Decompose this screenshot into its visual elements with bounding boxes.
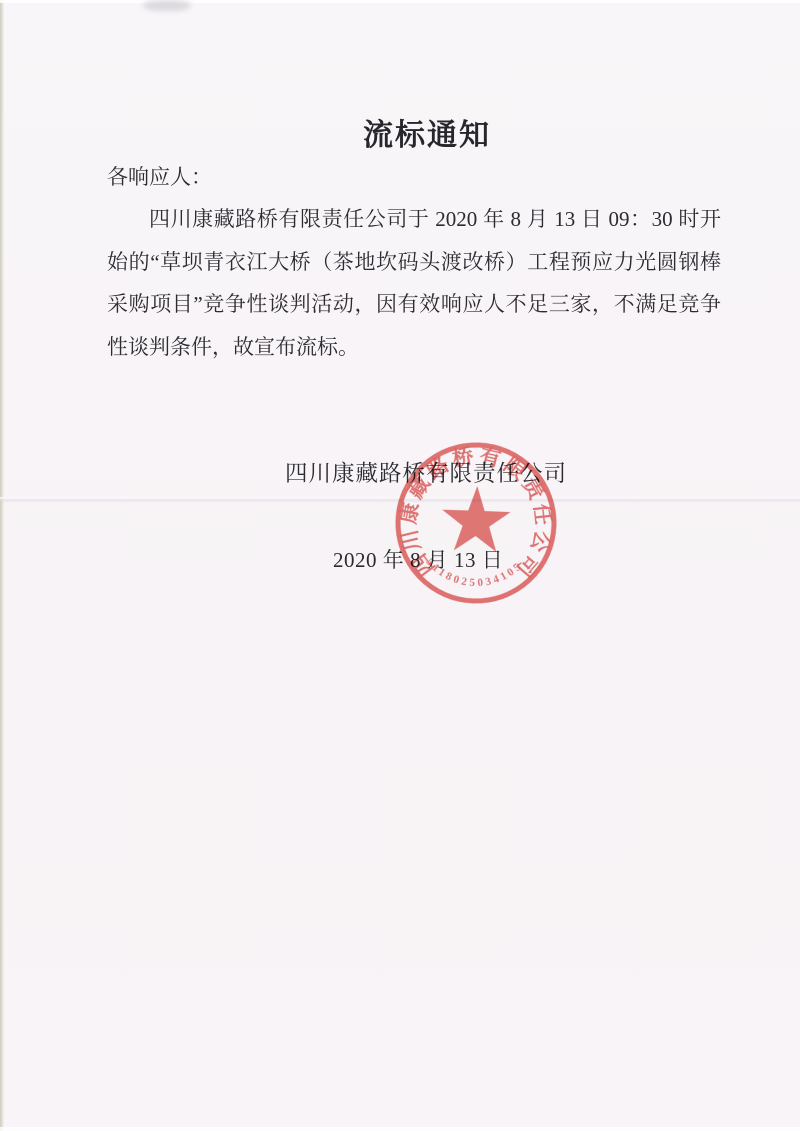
notice-title: 流标通知 — [27, 110, 800, 154]
seal-serial-arc-text: 5118025034105 — [423, 556, 526, 591]
notice-body-block: 各响应人： 四川康藏路桥有限责任公司于 2020 年 8 月 13 日 09：3… — [107, 156, 721, 368]
page-left-edge-shadow — [0, 0, 4, 1131]
notice-paragraph: 四川康藏路桥有限责任公司于 2020 年 8 月 13 日 09：30 时开始的… — [107, 198, 721, 368]
page-top-edge — [0, 0, 800, 3]
salutation: 各响应人： — [107, 156, 721, 198]
page-bottom-edge — [0, 1127, 800, 1131]
company-seal: 四川康藏路桥有限责任公司 5118025034105 — [383, 430, 569, 616]
svg-text:5118025034105: 5118025034105 — [423, 556, 526, 591]
seal-star-icon — [441, 485, 512, 552]
scanned-document-page: 流标通知 各响应人： 四川康藏路桥有限责任公司于 2020 年 8 月 13 日… — [0, 0, 800, 1131]
scan-smudge — [143, 0, 191, 11]
